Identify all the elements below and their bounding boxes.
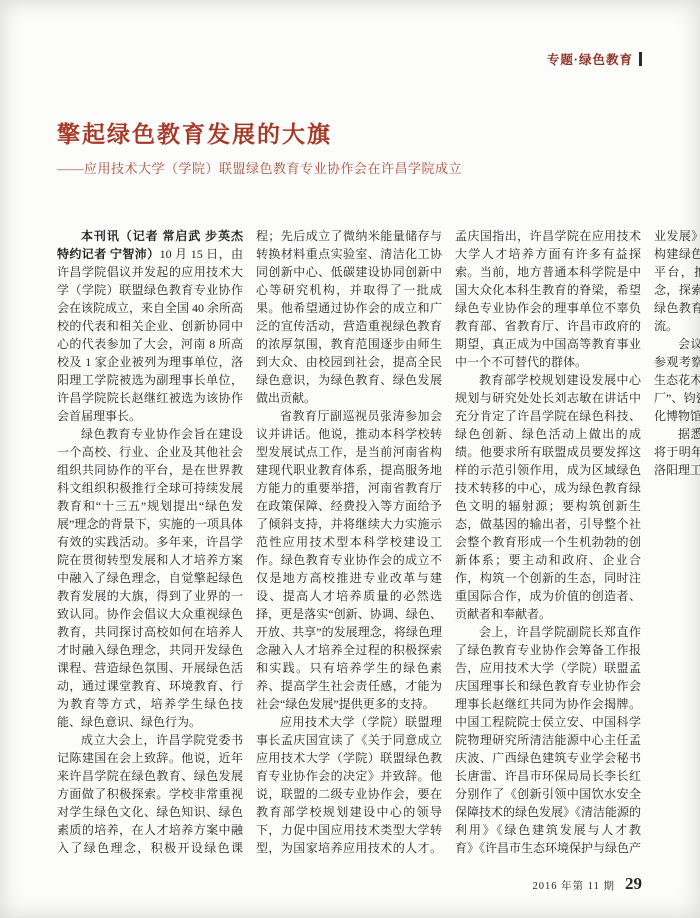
paragraph-text: 据悉，协作会第二次会员大会将于明年 9 月在洛阳栾川召开，由洛阳理工学院承办。 [654, 427, 700, 477]
footer-issue: 2016 年第 11 期 [533, 878, 616, 893]
article-paragraph-4: 省教育厅副巡视员张涛参加会议并讲话。他说，推动本科学校转型发展试点工作，是当前河… [256, 407, 442, 713]
paragraph-text: 10 月 15 日，由许昌学院倡议并发起的应用技术大学（学院）联盟绿色教育专业协… [57, 247, 243, 423]
page-header: 专题·绿色教育 [547, 50, 642, 68]
magazine-page: 专题·绿色教育 擎起绿色教育发展的大旗 ——应用技术大学（学院）联盟绿色教育专业… [0, 0, 700, 918]
editor-credit: 责编：行 之 [654, 487, 700, 505]
article-paragraph-2: 绿色教育专业协作会旨在建设一个高校、行业、企业及其他社会组织共同协作的平台，是在… [57, 425, 243, 731]
article-subtitle: ——应用技术大学（学院）联盟绿色教育专业协作会在许昌学院成立 [57, 158, 462, 177]
article-paragraph-1: 本刊讯（记者 常启武 步英杰 特约记者 宁智沛）10 月 15 日，由许昌学院倡… [57, 227, 243, 425]
page-footer: 2016 年第 11 期 29 [533, 874, 643, 894]
article-body-columns: 本刊讯（记者 常启武 步英杰 特约记者 宁智沛）10 月 15 日，由许昌学院倡… [57, 227, 641, 861]
article-title: 擎起绿色教育发展的大旗 [57, 116, 332, 149]
footer-page-number: 29 [625, 874, 642, 894]
topic-tag: 专题·绿色教育 [547, 50, 633, 68]
header-divider-bar [639, 52, 642, 66]
article-paragraph-9: 据悉，协作会第二次会员大会将于明年 9 月在洛阳栾川召开，由洛阳理工学院承办。河 [654, 425, 700, 479]
article-paragraph-6: 教育部学校规划建设发展中心规划与研究处处长刘志敏在讲话中充分肯定了许昌学院在绿色… [455, 371, 641, 623]
article-paragraph-8: 会议期间，全体与会人员实地参观考察了许昌市绿色产业、鄢陵生态花木基地、许昌学院“… [654, 335, 700, 425]
